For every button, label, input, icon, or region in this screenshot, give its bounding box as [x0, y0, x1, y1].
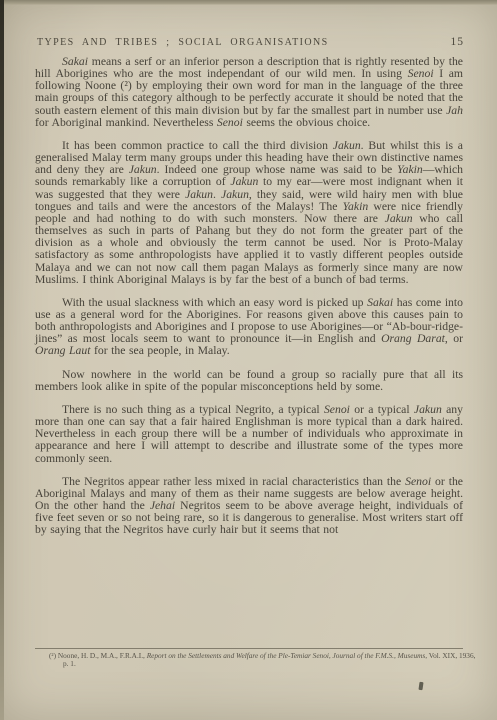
italic-term: Jakun — [385, 212, 413, 225]
text-run: It has been common practice to call the … — [62, 139, 333, 152]
print-speck — [418, 682, 423, 690]
page-number: 15 — [451, 36, 465, 48]
italic-term: Orang Laut — [35, 344, 90, 357]
italic-term: Jakun — [221, 188, 249, 201]
text-run: for Aboriginal mankind. Nevertheless — [35, 116, 217, 129]
paragraph: It has been common practice to call the … — [35, 140, 463, 286]
italic-term: Senoi — [408, 67, 434, 80]
text-run: With the usual slackness with which an e… — [62, 296, 367, 309]
italic-term: Jakun — [230, 175, 258, 188]
text-run: for the sea people, in Malay. — [90, 344, 229, 357]
text-run: Now nowhere in the world can be found a … — [35, 368, 463, 393]
footnote-rule — [35, 648, 463, 649]
italic-term: Yakin — [397, 163, 423, 176]
body-paragraphs: Sakai means a serf or an inferior person… — [35, 56, 463, 547]
text-run: seems the obvious choice. — [243, 116, 370, 129]
paragraph: Sakai means a serf or an inferior person… — [35, 56, 463, 129]
italic-term: Sakai — [62, 55, 88, 68]
italic-term: Yakin — [343, 200, 369, 213]
text-run: . — [213, 188, 221, 201]
scan-edge-top — [0, 0, 497, 5]
scanned-book-page: TYPES AND TRIBES ; SOCIAL ORGANISATIONS … — [0, 0, 497, 720]
text-run: , or — [445, 332, 463, 345]
italic-term: Orang Darat — [381, 332, 445, 345]
text-run: . Indeed one group whose name was said t… — [157, 163, 398, 176]
header-title: TYPES AND TRIBES ; SOCIAL ORGANISATIONS — [37, 37, 329, 48]
italic-term: Senoi — [324, 403, 350, 416]
italic-term: Jah — [446, 104, 463, 117]
paragraph: With the usual slackness with which an e… — [35, 297, 463, 358]
italic-term: Senoi — [217, 116, 243, 129]
italic-term: Jakun — [185, 188, 213, 201]
paragraph: The Negritos appear rather less mixed in… — [35, 476, 463, 537]
paragraph: Now nowhere in the world can be found a … — [35, 369, 463, 393]
text-run: or a typical — [350, 403, 414, 416]
italic-term: Jakun — [333, 139, 361, 152]
paragraph: There is no such thing as a typical Negr… — [35, 404, 463, 465]
italic-term: Jehai — [150, 499, 175, 512]
italic-term: Report on the Settlements and Welfare of… — [147, 651, 426, 660]
italic-term: Sakai — [367, 296, 393, 309]
text-run: The Negritos appear rather less mixed in… — [62, 475, 405, 488]
running-head: TYPES AND TRIBES ; SOCIAL ORGANISATIONS … — [37, 36, 464, 48]
text-run: means a serf or an inferior person a des… — [35, 55, 463, 80]
text-run: There is no such thing as a typical Negr… — [62, 403, 324, 416]
scan-edge-left — [0, 0, 4, 720]
footnote-text: (²) Noone, H. D., M.A., F.R.A.I., Report… — [49, 652, 477, 669]
italic-term: Jakun — [129, 163, 157, 176]
italic-term: Jakun — [414, 403, 442, 416]
italic-term: Senoi — [405, 475, 431, 488]
